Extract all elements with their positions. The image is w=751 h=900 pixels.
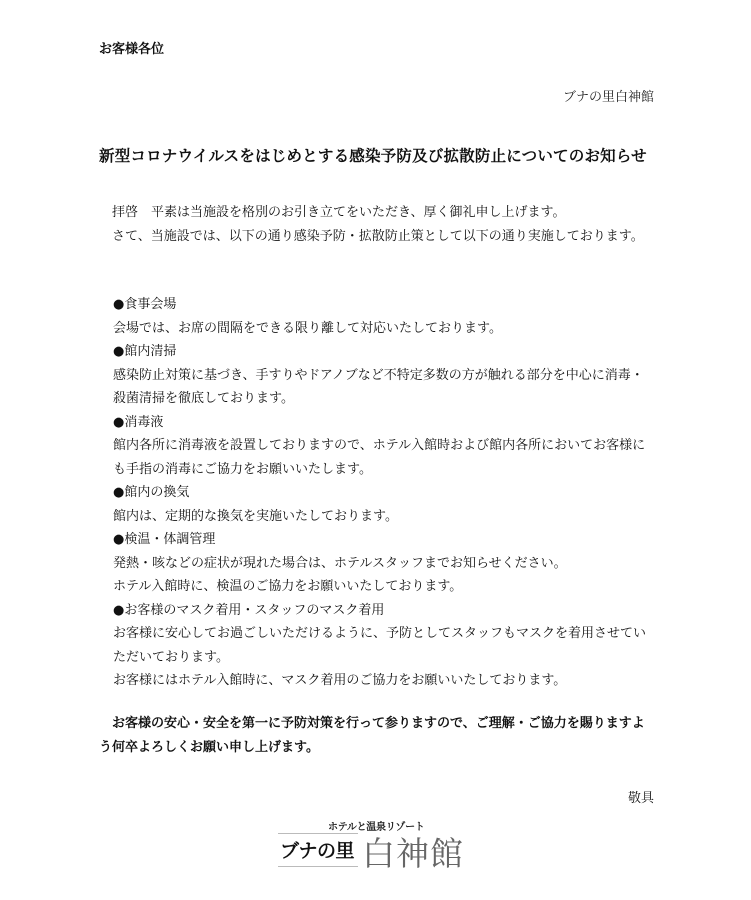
logo-divider-bottom	[278, 866, 358, 867]
section-heading-disinfectant: ●消毒液	[113, 411, 653, 435]
section-heading-ventilation: ●館内の換気	[113, 481, 653, 505]
section-text-cleaning: 感染防止対策に基づき、手すりやドアノブなど不特定多数の方が触れる部分を中心に消毒…	[113, 364, 653, 411]
closing-text: お客様の安心・安全を第一に予防対策を行って参りますので、ご理解・ご協力を賜ります…	[99, 712, 655, 759]
section-text-temperature-2: ホテル入館時に、検温のご協力をお願いいたしております。	[113, 575, 653, 599]
section-text-masks-1: お客様に安心してお過ごしいただけるように、予防としてスタッフもマスクを着用させて…	[113, 622, 653, 669]
section-heading-dining: ●食事会場	[113, 293, 653, 317]
intro-paragraphs: 拝啓 平素は当施設を格別のお引き立てをいただき、厚く御礼申し上げます。 さて、当…	[99, 201, 655, 248]
sign-off: 敬具	[628, 787, 654, 806]
section-text-masks-2: お客様にはホテル入館時に、マスク着用のご協力をお願いいたしております。	[113, 669, 653, 693]
section-heading-masks: ●お客様のマスク着用・スタッフのマスク着用	[113, 599, 653, 623]
intro-greeting: 拝啓 平素は当施設を格別のお引き立てをいただき、厚く御礼申し上げます。	[99, 201, 655, 225]
section-heading-cleaning: ●館内清掃	[113, 340, 653, 364]
document-title: 新型コロナウイルスをはじめとする感染予防及び拡散防止についてのお知らせ	[99, 144, 659, 166]
section-heading-temperature: ●検温・体調管理	[113, 528, 653, 552]
section-text-disinfectant: 館内各所に消毒液を設置しておりますので、ホテル入館時および館内各所においてお客様…	[113, 434, 653, 481]
intro-statement: さて、当施設では、以下の通り感染予防・拡散防止策として以下の通り実施しております…	[99, 225, 655, 249]
measures-list: ●食事会場 会場では、お席の間隔をできる限り離して対応いたしております。 ●館内…	[113, 293, 653, 693]
hotel-logo: ホテルと温泉リゾート ブナの里 白神館	[278, 818, 474, 874]
sender-name: ブナの里白神館	[563, 86, 654, 105]
section-text-temperature-1: 発熱・咳などの症状が現れた場合は、ホテルスタッフまでお知らせください。	[113, 552, 653, 576]
addressee: お客様各位	[99, 38, 164, 57]
logo-name-large: 白神館	[362, 828, 464, 875]
section-text-ventilation: 館内は、定期的な換気を実施いたしております。	[113, 505, 653, 529]
section-text-dining: 会場では、お席の間隔をできる限り離して対応いたしております。	[113, 317, 653, 341]
logo-name-small: ブナの里	[280, 836, 354, 863]
closing-paragraph: お客様の安心・安全を第一に予防対策を行って参りますので、ご理解・ご協力を賜ります…	[99, 712, 655, 759]
logo-divider-top	[278, 833, 358, 834]
